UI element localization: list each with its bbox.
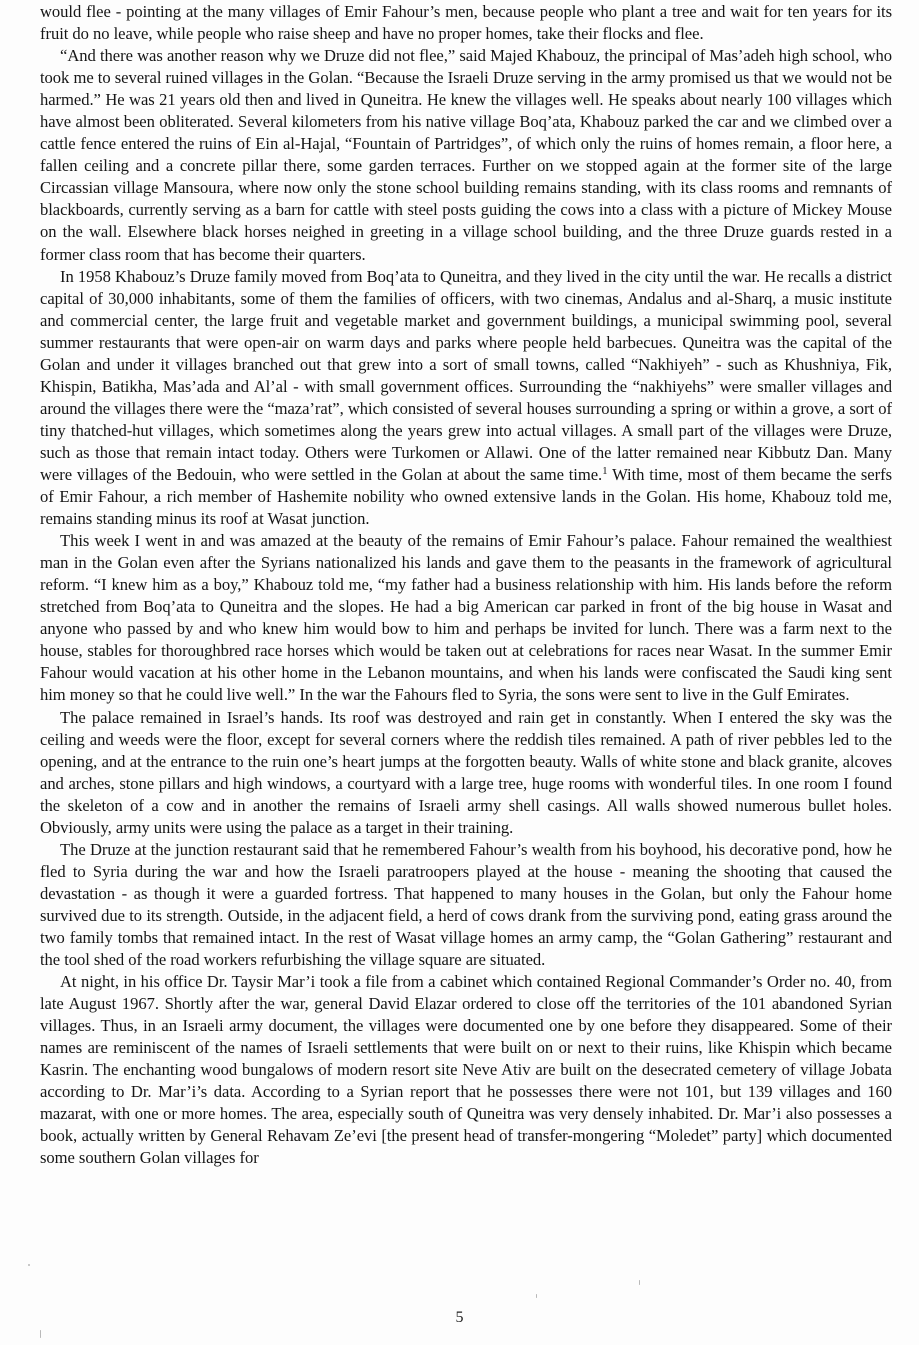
paragraph-4: This week I went in and was amazed at th… bbox=[40, 530, 892, 706]
scan-speck bbox=[536, 1294, 537, 1298]
paragraph-5: The palace remained in Israel’s hands. I… bbox=[40, 707, 892, 839]
scan-speck bbox=[639, 1280, 640, 1285]
paragraph-7: At night, in his office Dr. Taysir Mar’i… bbox=[40, 971, 892, 1169]
document-page-body: would flee - pointing at the many villag… bbox=[40, 1, 892, 1169]
page-number: 5 bbox=[0, 1309, 919, 1327]
scan-speck bbox=[40, 1330, 41, 1338]
scan-speck bbox=[28, 1264, 30, 1266]
paragraph-3-text-before-footnote: In 1958 Khabouz’s Druze family moved fro… bbox=[40, 267, 892, 484]
paragraph-2: “And there was another reason why we Dru… bbox=[40, 45, 892, 265]
paragraph-1: would flee - pointing at the many villag… bbox=[40, 1, 892, 45]
paragraph-6: The Druze at the junction restaurant sai… bbox=[40, 839, 892, 971]
paragraph-3: In 1958 Khabouz’s Druze family moved fro… bbox=[40, 266, 892, 531]
